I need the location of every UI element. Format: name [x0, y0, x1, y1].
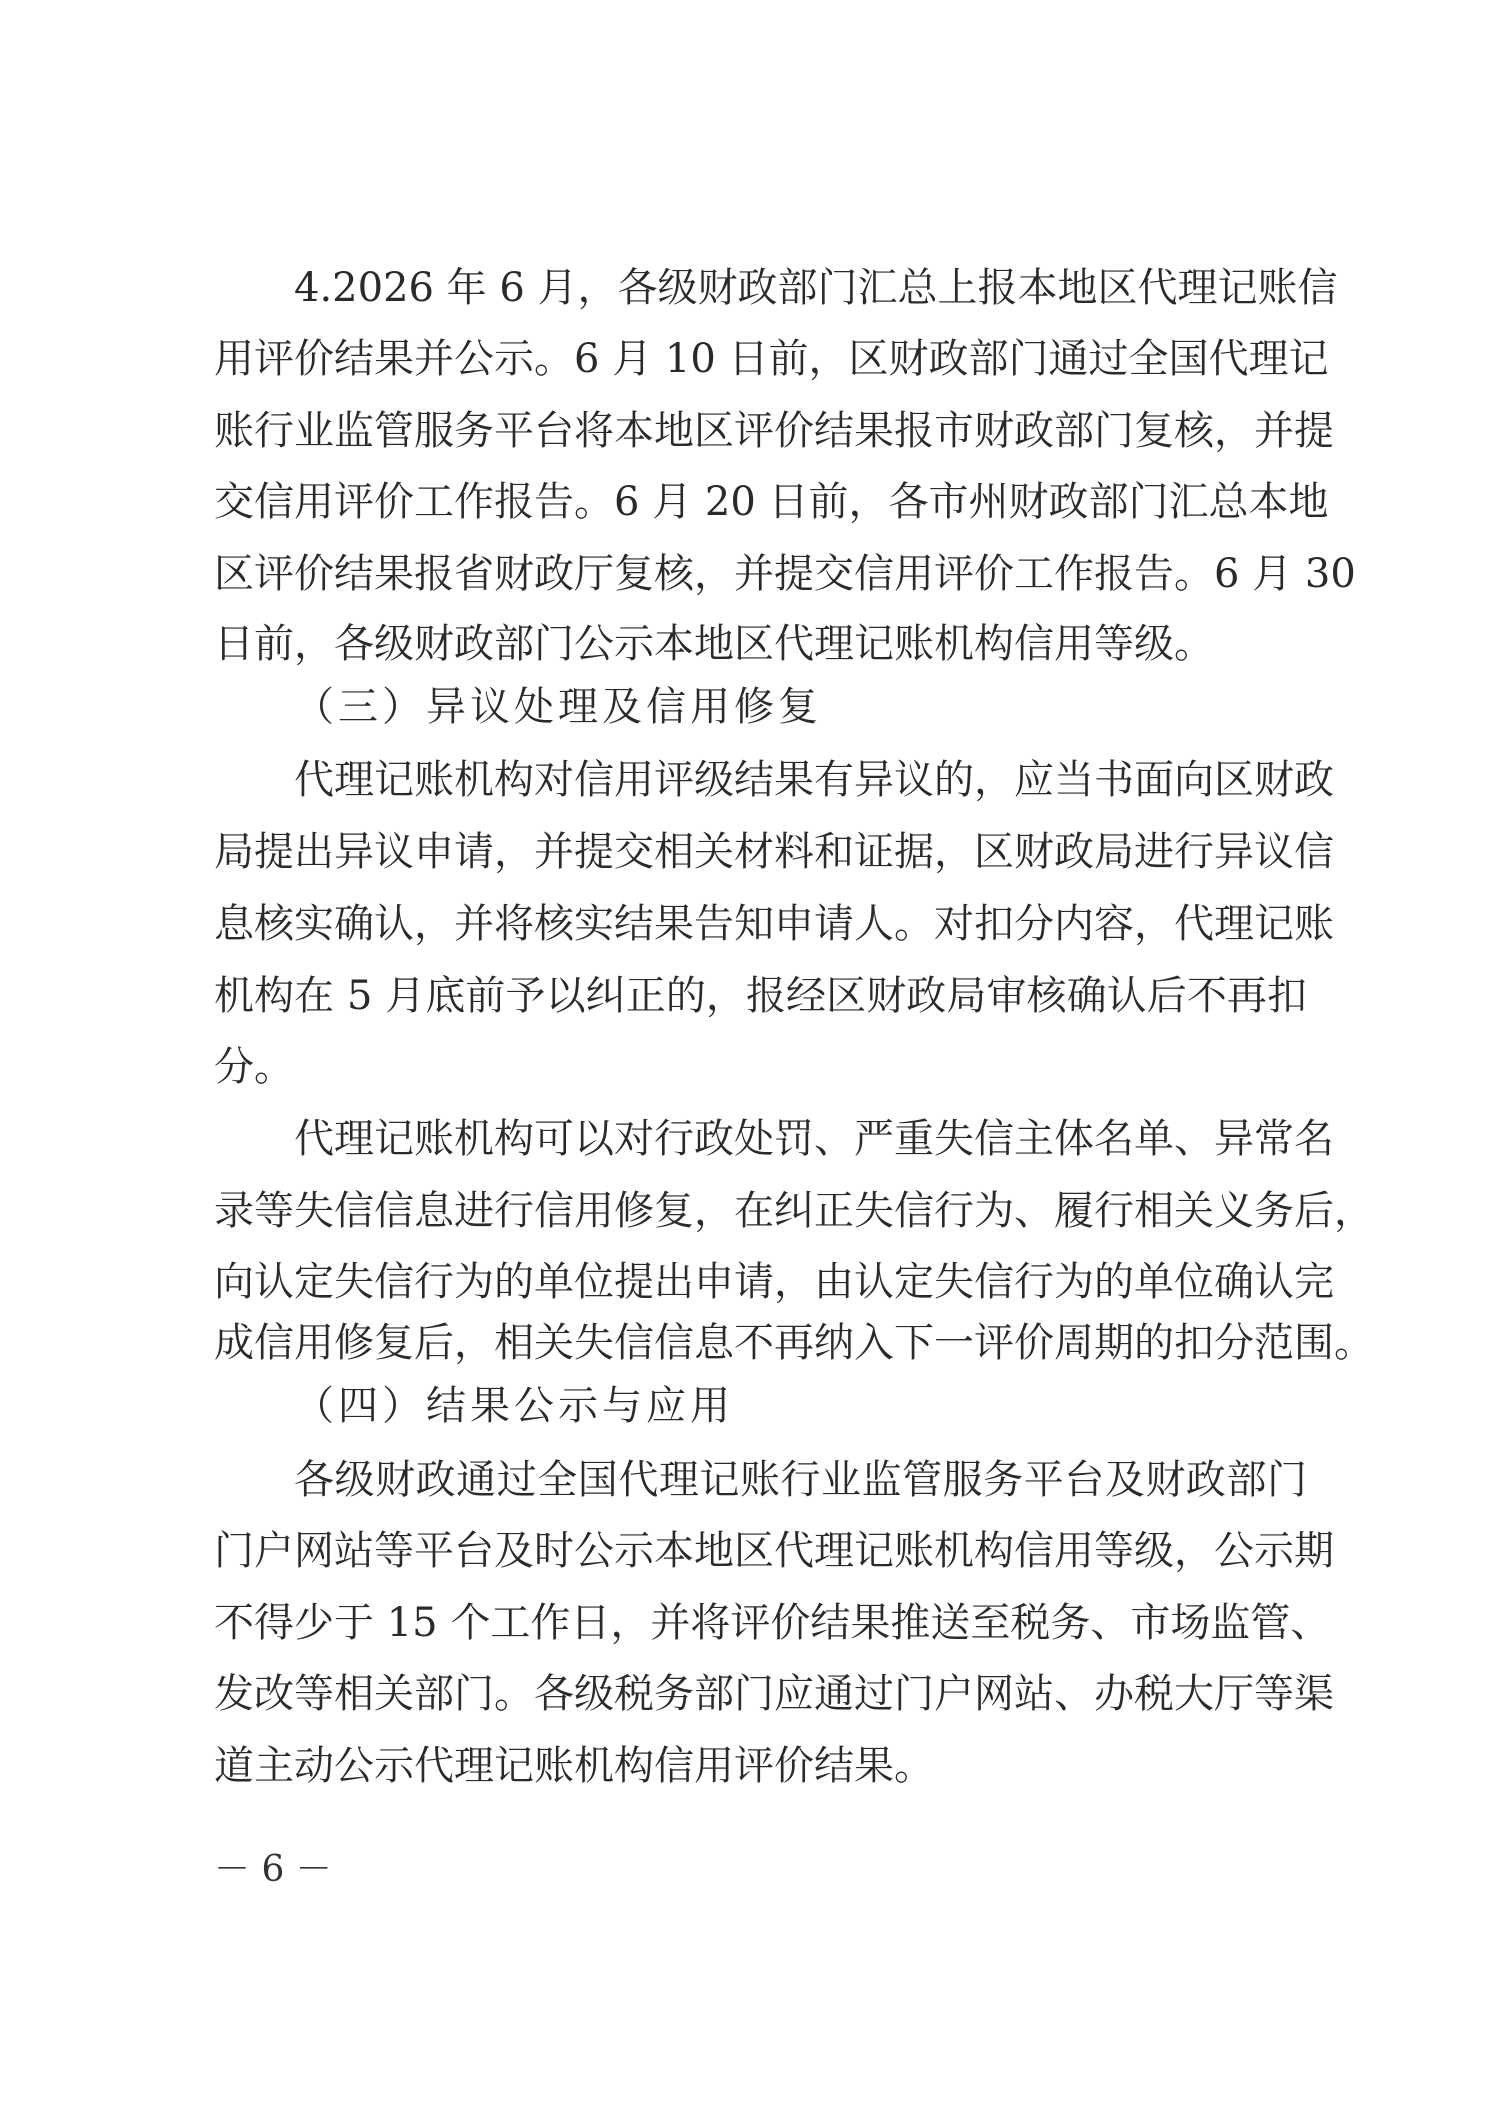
paragraph-line: 道主动公示代理记账机构信用评价结果。 [214, 1736, 1307, 1796]
paragraph-line: 门户网站等平台及时公示本地区代理记账机构信用等级，公示期 [214, 1521, 1307, 1581]
paragraph-line: 成信用修复后，相关失信信息不再纳入下一评价周期的扣分范围。 [214, 1313, 1307, 1373]
paragraph-line: 机构在 5 月底前予以纠正的，报经区财政局审核确认后不再扣 [214, 966, 1307, 1026]
paragraph-line: 录等失信信息进行信用修复，在纠正失信行为、履行相关义务后， [214, 1181, 1307, 1241]
paragraph-line: 息核实确认，并将核实结果告知申请人。对扣分内容，代理记账 [214, 894, 1307, 954]
paragraph-line: 发改等相关部门。各级税务部门应通过门户网站、办税大厅等渠 [214, 1664, 1307, 1724]
paragraph-line: 不得少于 15 个工作日，并将评价结果推送至税务、市场监管、 [214, 1593, 1307, 1653]
section-heading: （四）结果公示与应用 [294, 1376, 734, 1436]
section-heading: （三）异议处理及信用修复 [294, 677, 822, 737]
paragraph-line: 向认定失信行为的单位提出申请，由认定失信行为的单位确认完 [214, 1252, 1307, 1312]
paragraph-line: 账行业监管服务平台将本地区评价结果报市财政部门复核，并提 [214, 401, 1307, 461]
paragraph-line: 4.2026 年 6 月，各级财政部门汇总上报本地区代理记账信 [294, 258, 1307, 318]
paragraph-line: 区评价结果报省财政厅复核，并提交信用评价工作报告。6 月 30 [214, 544, 1307, 604]
paragraph-line: 各级财政通过全国代理记账行业监管服务平台及财政部门 [294, 1450, 1307, 1510]
paragraph-line: 交信用评价工作报告。6 月 20 日前，各市州财政部门汇总本地 [214, 472, 1307, 532]
page-number: － 6 － [214, 1845, 332, 1895]
paragraph-line: 代理记账机构可以对行政处罚、严重失信主体名单、异常名 [294, 1109, 1307, 1169]
paragraph-line: 局提出异议申请，并提交相关材料和证据，区财政局进行异议信 [214, 822, 1307, 882]
paragraph-line: 用评价结果并公示。6 月 10 日前，区财政部门通过全国代理记 [214, 329, 1307, 389]
paragraph-line: 日前，各级财政部门公示本地区代理记账机构信用等级。 [214, 614, 1307, 674]
paragraph-line: 分。 [214, 1037, 1307, 1097]
paragraph-line: 代理记账机构对信用评级结果有异议的，应当书面向区财政 [294, 750, 1307, 810]
